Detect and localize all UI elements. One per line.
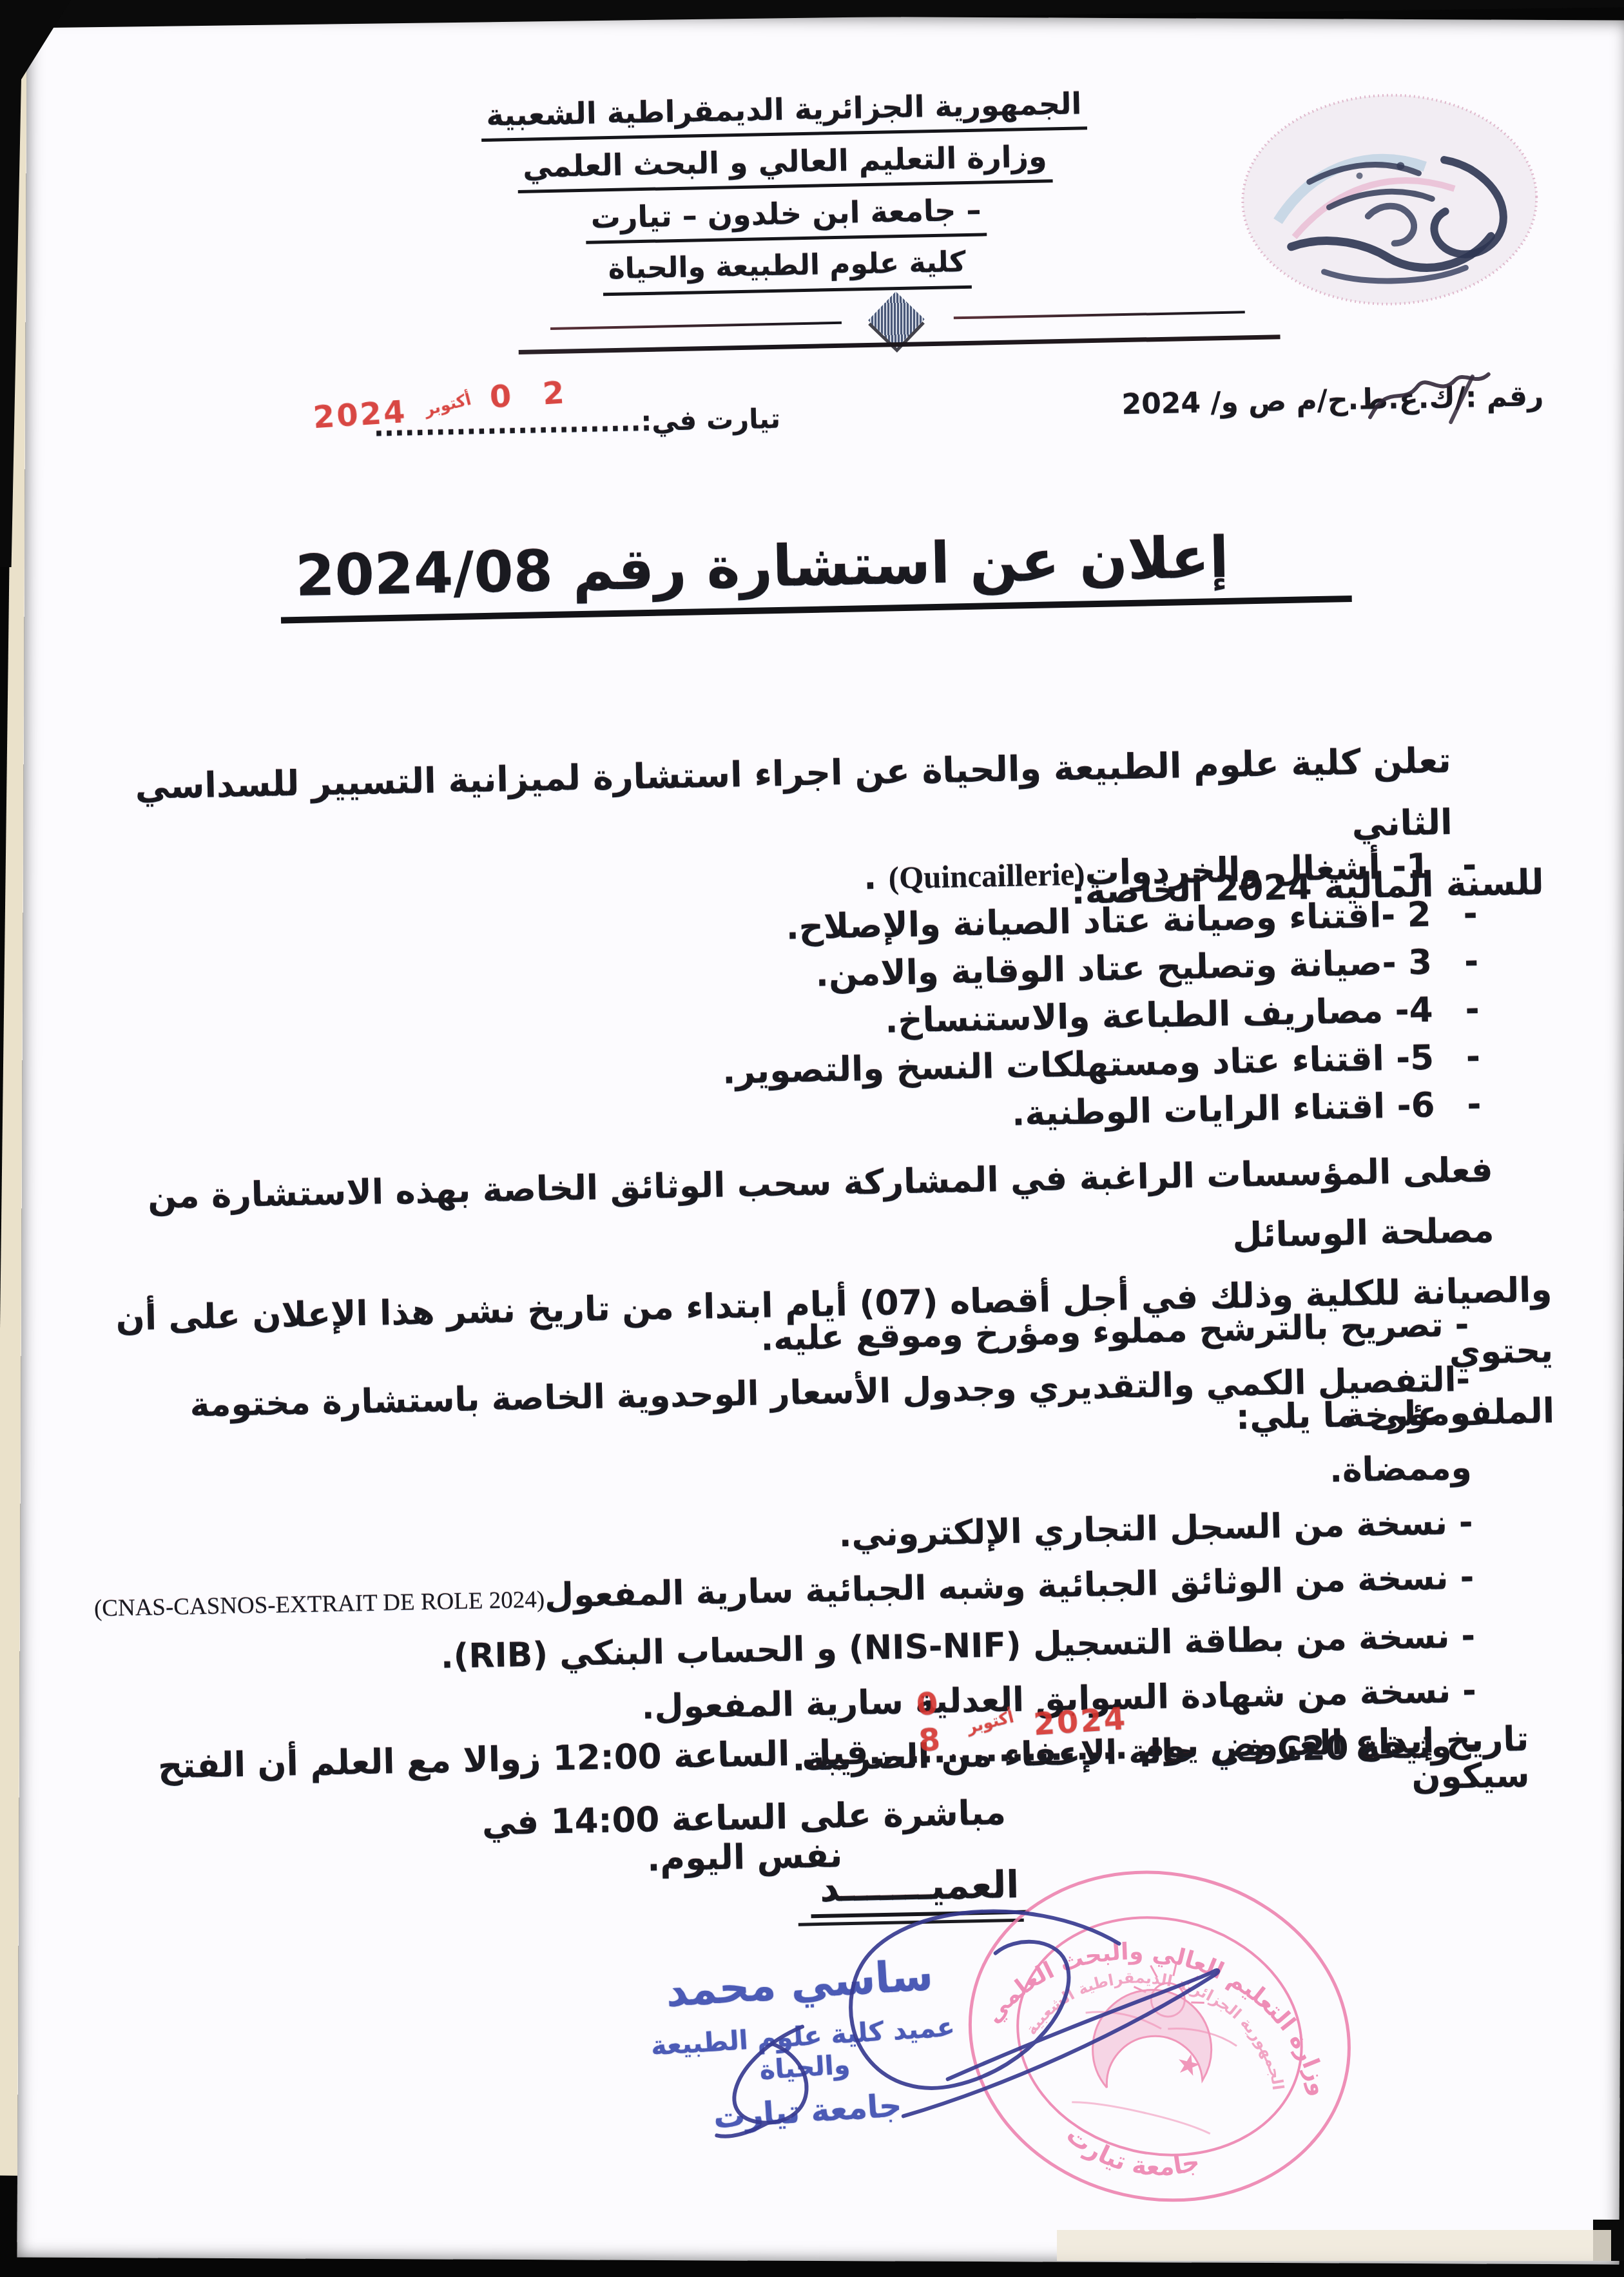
item-text-ar: 1- أشغال والخردوات: [1085, 847, 1431, 893]
announcement-title-text: إعلان عن استشارة رقم 2024/08: [279, 521, 1352, 623]
item-text: 2 -اقتناء وصيانة عتاد الصيانة والإصلاح.: [786, 897, 1431, 945]
lots-list: -1- أشغال والخردوات(Quincaillerie) . -2 …: [74, 848, 1482, 1163]
letterhead-republic-line: الجمهورية الجزائرية الديمقراطية الشعبية: [368, 82, 1200, 144]
letterhead-ministry-line: وزارة التعليم العالي و البحث العلمي: [369, 135, 1201, 197]
document-content: الجمهورية الجزائرية الديمقراطية الشعبية …: [0, 0, 1624, 2261]
divider-diamond-ornament: [868, 291, 925, 348]
item-text-ar: - نسخة من الوثائق الجبائية وشبه الجبائية…: [544, 1558, 1474, 1616]
university-text: جامعة ابن خلدون – تيارت –: [585, 191, 987, 244]
university-logo: [1230, 81, 1544, 327]
item-bullet: -: [1465, 1039, 1480, 1074]
item-bullet: -: [1464, 944, 1478, 979]
letterhead-university-line: جامعة ابن خلدون – تيارت –: [370, 187, 1202, 249]
stamp-month: أكتوبر: [422, 389, 473, 419]
letterhead-faculty-line: كلية علوم الطبيعة والحياة: [371, 239, 1203, 301]
item-text: 3 -صيانة وتصليح عتاد الوقاية والامن.: [815, 945, 1432, 993]
stamp-year: 2024: [1032, 1701, 1128, 1743]
item-bullet: -: [1463, 896, 1478, 931]
item-text: 6- اقتناء الرايات الوطنية.: [1012, 1088, 1435, 1132]
divider-left-segment: [550, 322, 842, 330]
stamp-day: 0 2: [488, 374, 575, 415]
item-bullet: -: [1467, 1087, 1482, 1122]
deposit-dotted-blank: .................... 2024 أكتوبر 0 8: [868, 1729, 1128, 1770]
faculty-text: كلية علوم الطبيعة والحياة: [603, 244, 971, 296]
item-bullet: -: [1462, 848, 1476, 884]
ministry-text: وزارة التعليم العالي و البحث العلمي: [517, 137, 1053, 193]
stamp-month: أكتوبر: [963, 1699, 1018, 1745]
item-text-tail: .: [864, 858, 889, 898]
stamp-year: 2024: [312, 394, 408, 436]
stamp-day: 0 8: [869, 1685, 952, 1761]
item-text-latin: (Quincaillerie): [888, 856, 1085, 895]
list-item: -التفصيل الكمي والتقديري وجدول الأسعار ا…: [84, 1363, 1471, 1458]
scanned-document-page: الجمهورية الجزائرية الديمقراطية الشعبية …: [0, 0, 1624, 2261]
divider-right-segment: [954, 311, 1245, 319]
item-text: 4- مصاريف الطباعة والاستنساخ.: [885, 993, 1433, 1039]
list-item: - نسخة من الوثائق الجبائية وشبه الجبائية…: [88, 1561, 1474, 1626]
item-text: 5- اقتناء عتاد ومستهلكات النسخ والتصوير.: [722, 1040, 1435, 1090]
list-item-continuation: وممضاة.: [86, 1451, 1473, 1513]
letterhead: الجمهورية الجزائرية الديمقراطية الشعبية …: [368, 82, 1203, 308]
republic-text: الجمهورية الجزائرية الديمقراطية الشعبية: [481, 84, 1087, 142]
announcement-title: إعلان عن استشارة رقم 2024/08: [184, 519, 1448, 625]
item-text-latin: (CNAS-CASNOS-EXTRAIT DE ROLE 2024): [94, 1587, 545, 1622]
list-item: - نسخة من بطاقة التسجيل (NIS-NIF) و الحس…: [90, 1620, 1476, 1681]
item-bullet: -: [1465, 991, 1480, 1027]
handwritten-reference-number: [1353, 360, 1509, 440]
list-item: - نسخة من السجل التجاري الإلكتروني.: [87, 1506, 1473, 1567]
dean-signature: [667, 1879, 1265, 2142]
place-date-label: تيارت في:: [641, 403, 780, 437]
